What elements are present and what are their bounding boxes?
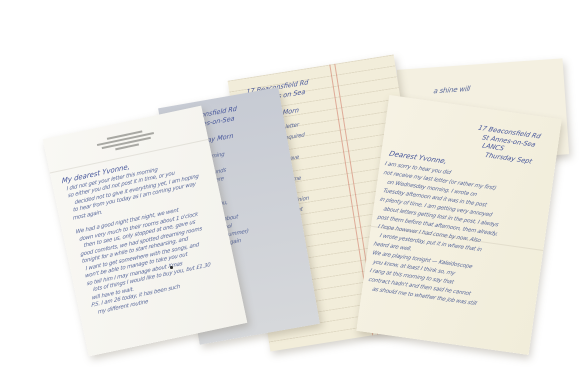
handwriting-fragment: a shine will [433, 78, 566, 96]
letter-body: I am sorry to hear you didnot receive my… [366, 160, 547, 317]
printed-letterhead [93, 128, 158, 155]
letter4-page: 17 Beaconsfield Rd St Annes-on-Sea LANCS… [356, 95, 561, 355]
dust-speck [170, 266, 173, 269]
handwritten-letters-photo: a shine will 17 Beaconsfield Rd St Annes… [0, 0, 580, 381]
address-block: 17 Beaconsfield Rd St Annes-on-Sea LANCS… [468, 124, 553, 167]
letter-body: I did not get your letter this morningso… [65, 157, 232, 318]
